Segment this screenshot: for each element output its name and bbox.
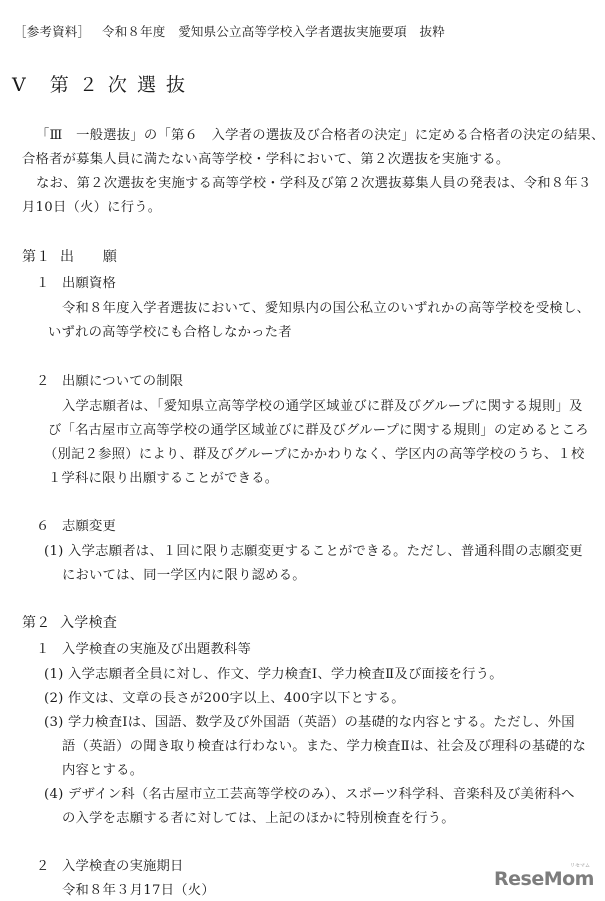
item-text: (3) 学力検査Ⅰは、国語、数学及び外国語（英語）の基礎的な内容とする。ただし、…: [44, 711, 575, 730]
item-heading: １入学検査の実施及び出題教科等: [36, 638, 251, 657]
section-heading: 第１出 願: [22, 246, 117, 266]
item-text: 令和８年度入学者選抜において、愛知県内の国公私立のいずれかの高等学校を受検し、: [62, 297, 590, 316]
chapter-numeral: Ⅴ: [12, 74, 28, 96]
item-text: １学科に限り出願することができる。: [48, 467, 278, 486]
item-heading: ２入学検査の実施期日: [36, 855, 183, 874]
item-heading: ６志願変更: [36, 515, 116, 534]
item-text: (1) 入学志願者は、１回に限り志願変更することができる。ただし、普通科間の志願…: [44, 540, 583, 559]
item-text: （別記２参照）により、群及びグループにかかわりなく、学区内の高等学校のうち、１校: [44, 443, 585, 462]
chapter-title: Ⅴ 第 ２ 次 選 抜: [12, 70, 187, 97]
intro-line: なお、第２次選抜を実施する高等学校・学科及び第２次選抜募集人員の発表は、令和８年…: [36, 172, 591, 191]
item-text: の入学を志願する者に対しては、上記のほかに特別検査を行う。: [62, 807, 455, 826]
item-text: (1) 入学志願者全員に対し、作文、学力検査Ⅰ、学力検査Ⅱ及び面接を行う。: [44, 663, 503, 682]
item-text: (4) デザイン科（名古屋市立工芸高等学校のみ）、スポーツ科学科、音楽科及び美術…: [44, 783, 575, 802]
item-text: いずれの高等学校にも合格しなかった者: [48, 321, 292, 340]
section-heading: 第２入学検査: [22, 612, 117, 632]
item-heading: ２出願についての制限: [36, 370, 183, 389]
item-text: においては、同一学区内に限り認める。: [62, 564, 306, 583]
intro-line: 月10日（火）に行う。: [22, 196, 161, 215]
item-text: 語（英語）の聞き取り検査は行わない。また、学力検査Ⅱは、社会及び理科の基礎的な: [62, 735, 586, 754]
item-text: 入学志願者は、「愛知県立高等学校の通学区域並びに群及びグループに関する規則」及: [62, 395, 583, 414]
resemom-logo: ReseMom: [494, 868, 594, 890]
item-text: び「名古屋市立高等学校の通学区域並びに群及びグループに関する規則」の定めるところ: [48, 419, 589, 438]
item-heading: １出願資格: [36, 272, 116, 291]
reference-tag: ［参考資料］: [14, 22, 90, 40]
intro-line: 合格者が募集人員に満たない高等学校・学科において、第２次選抜を実施する。: [22, 148, 509, 167]
item-text: (2) 作文は、文章の長さが200字以上、400字以下とする。: [44, 687, 405, 706]
intro-line: 「Ⅲ 一般選抜」の「第６ 入学者の選抜及び合格者の決定」に定める合格者の決定の結…: [36, 124, 605, 143]
document-header-title: 令和８年度 愛知県公立高等学校入学者選抜実施要項 抜粋: [102, 22, 445, 40]
item-text: 内容とする。: [62, 759, 143, 778]
item-text: 令和８年３月17日（火）: [62, 879, 215, 898]
